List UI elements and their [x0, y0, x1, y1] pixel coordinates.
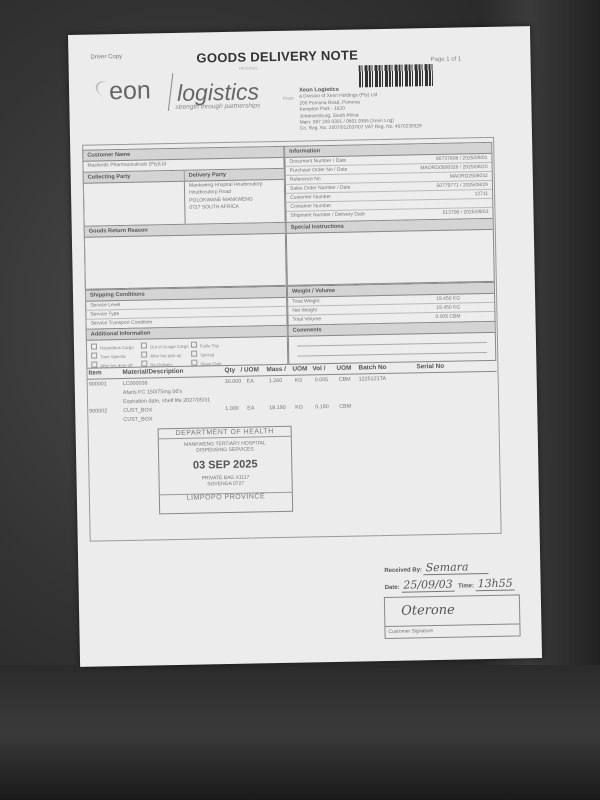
document-title-sub: ORIGINAL [239, 65, 258, 70]
page-number: Page 1 of 1 [430, 56, 461, 63]
copy-label: Driver Copy [90, 54, 122, 61]
customer-signature-box: Oterone Customer Signature [384, 594, 521, 639]
date-value: 25/09/03 [401, 578, 455, 593]
from-label: From [283, 96, 294, 101]
signature-label: Customer Signature [385, 624, 519, 637]
barcode-icon [359, 64, 433, 87]
received-by-field: Received By: Semara [384, 560, 488, 575]
logo-tagline: strength through partnerships [175, 102, 260, 111]
signature-value: Oterone [385, 595, 520, 627]
company-line: Johannesburg, South Africa [300, 113, 359, 119]
company-line: 206 Pomona Road, Pomona [299, 100, 360, 106]
company-address: Xeon Logistics a Division of Xeon Holdin… [299, 85, 422, 133]
time-value: 13h55 [476, 577, 515, 592]
car-seat-cushion [0, 665, 600, 800]
delivery-note-paper: Driver Copy GOODS DELIVERY NOTE ORIGINAL… [68, 26, 542, 667]
document-frame [82, 137, 502, 542]
company-line: Kempton Park - 1620 [299, 107, 344, 113]
company-line: a Division of Xeon Holdings (Pty) Ltd [299, 93, 377, 99]
company-line: Co. Reg. No. 2007/012037/07 VAT Reg. No.… [300, 125, 422, 132]
time-label: Time [458, 583, 472, 589]
company-name: Xeon Logistics [299, 87, 339, 94]
logo-brand: eon [109, 76, 151, 106]
date-time-field: Date: 25/09/03 Time: 13h55 [385, 577, 515, 592]
received-by-label: Received By [384, 567, 420, 574]
date-label: Date [385, 585, 398, 591]
received-by-value: Semara [424, 560, 489, 575]
document-title: GOODS DELIVERY NOTE [196, 47, 358, 65]
logo-divider [168, 73, 174, 111]
